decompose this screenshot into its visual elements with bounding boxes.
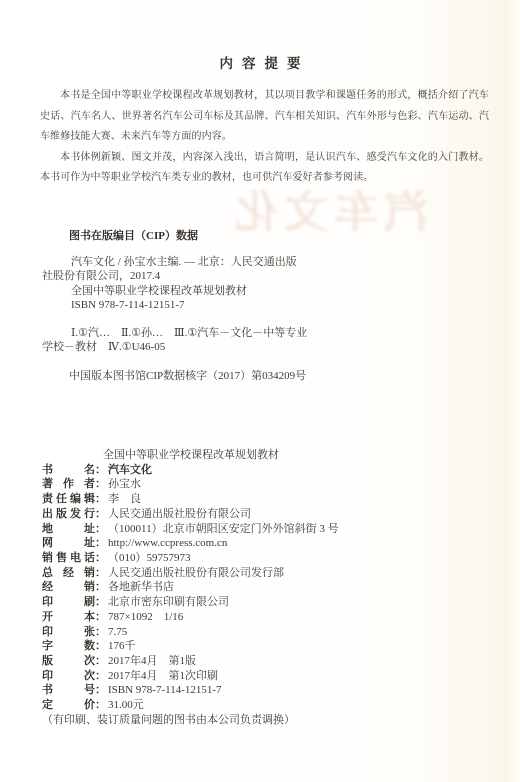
- colophon-value: ISBN 978-7-114-12151-7: [108, 683, 222, 698]
- colophon-value: 北京市密东印刷有限公司: [108, 595, 229, 610]
- colophon-colon: ：: [95, 610, 106, 625]
- colophon-label: 著作者: [42, 477, 95, 492]
- colophon-label: 销售电话: [42, 551, 95, 566]
- colophon-colon: ：: [95, 625, 106, 640]
- colophon-row: 书号：ISBN 978-7-114-12151-7: [42, 683, 500, 698]
- colophon-colon: ：: [95, 669, 106, 684]
- colophon-colon: ：: [95, 595, 106, 610]
- colophon-row: 地址：（100011）北京市朝阳区安定门外外馆斜街 3 号: [42, 522, 500, 537]
- colophon-colon: ：: [95, 522, 106, 537]
- book-copyright-page: 汽车文化 内容提要 本书是全国中等职业学校课程改革规划教材，其以项目教学和课题任…: [0, 0, 520, 782]
- colophon-row: 销售电话：（010）59757973: [42, 551, 500, 566]
- cip-line: Ⅰ.①汽… Ⅱ.①孙… Ⅲ.①汽车－文化－中等专业: [42, 326, 490, 341]
- cip-line: 社股份有限公司，2017.4: [42, 269, 490, 284]
- colophon-label: 网址: [42, 536, 95, 551]
- colophon-label: 总经销: [42, 566, 95, 581]
- colophon-rows: 书名：汽车文化著作者：孙宝水责任编辑：李 良出版发行：人民交通出版社股份有限公司…: [42, 463, 500, 713]
- colophon-label: 书号: [42, 683, 95, 698]
- colophon-value: 31.00元: [108, 698, 144, 713]
- colophon-colon: ：: [95, 536, 106, 551]
- colophon-label: 字数: [42, 639, 95, 654]
- cip-publication-lines: 汽车文化 / 孙宝水主编. — 北京：人民交通出版社股份有限公司，2017.4全…: [42, 255, 490, 313]
- summary-paragraph: 本书是全国中等职业学校课程改革规划教材，其以项目教学和课题任务的形式，概括介绍了…: [40, 86, 489, 148]
- cip-heading: 图书在版编目（CIP）数据: [42, 228, 490, 244]
- colophon-label: 经销: [42, 580, 95, 595]
- cip-line: ISBN 978-7-114-12151-7: [42, 298, 490, 313]
- summary-paragraphs: 本书是全国中等职业学校课程改革规划教材，其以项目教学和课题任务的形式，概括介绍了…: [40, 86, 489, 189]
- colophon-value: 孙宝水: [108, 477, 141, 492]
- series-title: 全国中等职业学校课程改革规划教材: [103, 448, 500, 463]
- colophon-row: 字数：176千: [42, 639, 500, 654]
- colophon-colon: ：: [95, 507, 106, 522]
- colophon-value: 人民交通出版社股份有限公司发行部: [108, 566, 284, 581]
- cip-line: 汽车文化 / 孙宝水主编. — 北京：人民交通出版: [42, 255, 490, 270]
- cip-section: 图书在版编目（CIP）数据 汽车文化 / 孙宝水主编. — 北京：人民交通出版社…: [42, 228, 490, 385]
- colophon-row: 版次：2017年4月 第1版: [42, 654, 500, 669]
- colophon-row: 责任编辑：李 良: [42, 492, 500, 507]
- colophon-label: 地址: [42, 522, 95, 537]
- colophon-row: 印张：7.75: [42, 625, 500, 640]
- cip-line: 全国中等职业学校课程改革规划教材: [42, 284, 490, 299]
- colophon-row: 网址：http://www.ccpress.com.cn: [42, 536, 500, 551]
- colophon-colon: ：: [95, 654, 106, 669]
- colophon-colon: ：: [95, 463, 106, 478]
- colophon-value: 各地新华书店: [108, 580, 174, 595]
- colophon-value: 汽车文化: [108, 463, 152, 478]
- cip-registry-number: 中国版本图书馆CIP数据核字（2017）第034209号: [42, 368, 490, 384]
- colophon-row: 总经销：人民交通出版社股份有限公司发行部: [42, 566, 500, 581]
- colophon-label: 出版发行: [42, 507, 95, 522]
- colophon-row: 经销：各地新华书店: [42, 580, 500, 595]
- colophon-colon: ：: [95, 683, 106, 698]
- colophon-label: 印刷: [42, 595, 95, 610]
- cip-classification-lines: Ⅰ.①汽… Ⅱ.①孙… Ⅲ.①汽车－文化－中等专业学校－教材 Ⅳ.①U46-05: [42, 326, 490, 355]
- colophon-row: 开本：787×1092 1/16: [42, 610, 500, 625]
- colophon-colon: ：: [95, 477, 106, 492]
- colophon-colon: ：: [95, 492, 106, 507]
- colophon-label: 定价: [42, 698, 95, 713]
- colophon-value: （100011）北京市朝阳区安定门外外馆斜街 3 号: [108, 522, 339, 537]
- colophon-colon: ：: [95, 639, 106, 654]
- colophon-label: 印张: [42, 625, 95, 640]
- colophon-row: 印次：2017年4月 第1次印刷: [42, 669, 500, 684]
- summary-title: 内容提要: [0, 0, 520, 73]
- summary-paragraph: 本书体例新颖、图文并茂，内容深入浅出，语言简明，是认识汽车、感受汽车文化的入门教…: [40, 148, 489, 189]
- colophon-colon: ：: [95, 698, 106, 713]
- colophon-row: 出版发行：人民交通出版社股份有限公司: [42, 507, 500, 522]
- colophon-row: 定价：31.00元: [42, 698, 500, 713]
- colophon-label: 书名: [42, 463, 95, 478]
- colophon-value: 2017年4月 第1版: [108, 654, 196, 669]
- colophon-value: 2017年4月 第1次印刷: [108, 669, 218, 684]
- colophon-row: 书名：汽车文化: [42, 463, 500, 478]
- cip-line: 学校－教材 Ⅳ.①U46-05: [42, 340, 490, 355]
- colophon-row: 著作者：孙宝水: [42, 477, 500, 492]
- colophon-value: http://www.ccpress.com.cn: [108, 536, 227, 551]
- colophon-colon: ：: [95, 566, 106, 581]
- colophon-label: 印次: [42, 669, 95, 684]
- colophon-value: 李 良: [108, 492, 141, 507]
- colophon-value: 176千: [108, 639, 136, 654]
- colophon-label: 版次: [42, 654, 95, 669]
- colophon-colon: ：: [95, 551, 106, 566]
- colophon-value: 787×1092 1/16: [108, 610, 183, 625]
- colophon-colon: ：: [95, 580, 106, 595]
- colophon-row: 印刷：北京市密东印刷有限公司: [42, 595, 500, 610]
- colophon-value: 人民交通出版社股份有限公司: [108, 507, 251, 522]
- colophon-label: 开本: [42, 610, 95, 625]
- colophon-section: 全国中等职业学校课程改革规划教材 书名：汽车文化著作者：孙宝水责任编辑：李 良出…: [42, 448, 500, 727]
- quality-note: （有印刷、装订质量问题的图书由本公司负责调换）: [42, 713, 500, 728]
- colophon-value: （010）59757973: [108, 551, 191, 566]
- colophon-value: 7.75: [108, 625, 127, 640]
- colophon-label: 责任编辑: [42, 492, 95, 507]
